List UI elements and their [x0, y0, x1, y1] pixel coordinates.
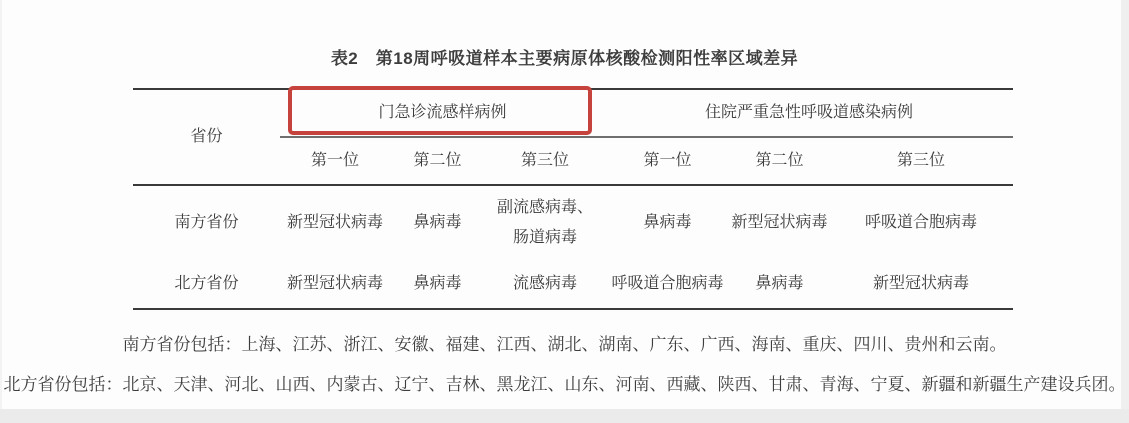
- pathogen-cell: 新型冠状病毒: [280, 260, 390, 309]
- pathogen-cell: 新型冠状病毒: [829, 260, 1013, 309]
- province-cell: 北方省份: [133, 260, 280, 309]
- rank-header-outpatient-3: 第三位: [485, 137, 605, 185]
- note-north-provinces: 北方省份包括：北京、天津、河北、山西、内蒙古、辽宁、吉林、黑龙江、山东、河南、西…: [0, 370, 1129, 395]
- inpatient-group-header: 住院严重急性呼吸道感染病例: [605, 89, 1013, 137]
- rank-header-outpatient-2: 第二位: [390, 137, 485, 185]
- scan-edge-left: [0, 0, 2, 423]
- note-south-provinces: 南方省份包括：上海、江苏、浙江、安徽、福建、江西、湖北、湖南、广东、广西、海南、…: [0, 330, 1129, 355]
- pathogen-cell: 副流感病毒、 肠道病毒: [485, 185, 605, 260]
- pathogen-cell: 鼻病毒: [390, 185, 485, 260]
- table-title: 表2 第18周呼吸道样本主要病原体核酸检测阳性率区域差异: [0, 44, 1129, 69]
- province-cell: 南方省份: [133, 185, 280, 260]
- outpatient-group-header: 门急诊流感样病例: [280, 89, 605, 137]
- rank-header-inpatient-3: 第三位: [829, 137, 1013, 185]
- data-table: 省份 门急诊流感样病例 住院严重急性呼吸道感染病例 第一位 第二位 第三位 第一…: [133, 88, 1013, 310]
- scan-edge-bottom: [0, 409, 1129, 423]
- pathogen-cell: 新型冠状病毒: [280, 185, 390, 260]
- pathogen-cell: 鼻病毒: [605, 185, 730, 260]
- table-row-north: 北方省份 新型冠状病毒 鼻病毒 流感病毒 呼吸道合胞病毒 鼻病毒 新型冠状病毒: [133, 260, 1013, 309]
- page: 表2 第18周呼吸道样本主要病原体核酸检测阳性率区域差异 省份 门急诊流感样病例…: [0, 0, 1129, 423]
- province-header-cell: 省份: [133, 89, 280, 185]
- pathogen-cell: 呼吸道合胞病毒: [605, 260, 730, 309]
- rank-header-outpatient-1: 第一位: [280, 137, 390, 185]
- pathogen-cell: 鼻病毒: [730, 260, 829, 309]
- scan-edge-right: [1121, 0, 1129, 423]
- rank-header-inpatient-2: 第二位: [730, 137, 829, 185]
- pathogen-cell: 新型冠状病毒: [730, 185, 829, 260]
- pathogen-table: 省份 门急诊流感样病例 住院严重急性呼吸道感染病例 第一位 第二位 第三位 第一…: [133, 88, 1013, 310]
- pathogen-cell: 鼻病毒: [390, 260, 485, 309]
- rank-header-inpatient-1: 第一位: [605, 137, 730, 185]
- table-row-south: 南方省份 新型冠状病毒 鼻病毒 副流感病毒、 肠道病毒 鼻病毒 新型冠状病毒 呼…: [133, 185, 1013, 260]
- pathogen-cell: 流感病毒: [485, 260, 605, 309]
- pathogen-cell: 呼吸道合胞病毒: [829, 185, 1013, 260]
